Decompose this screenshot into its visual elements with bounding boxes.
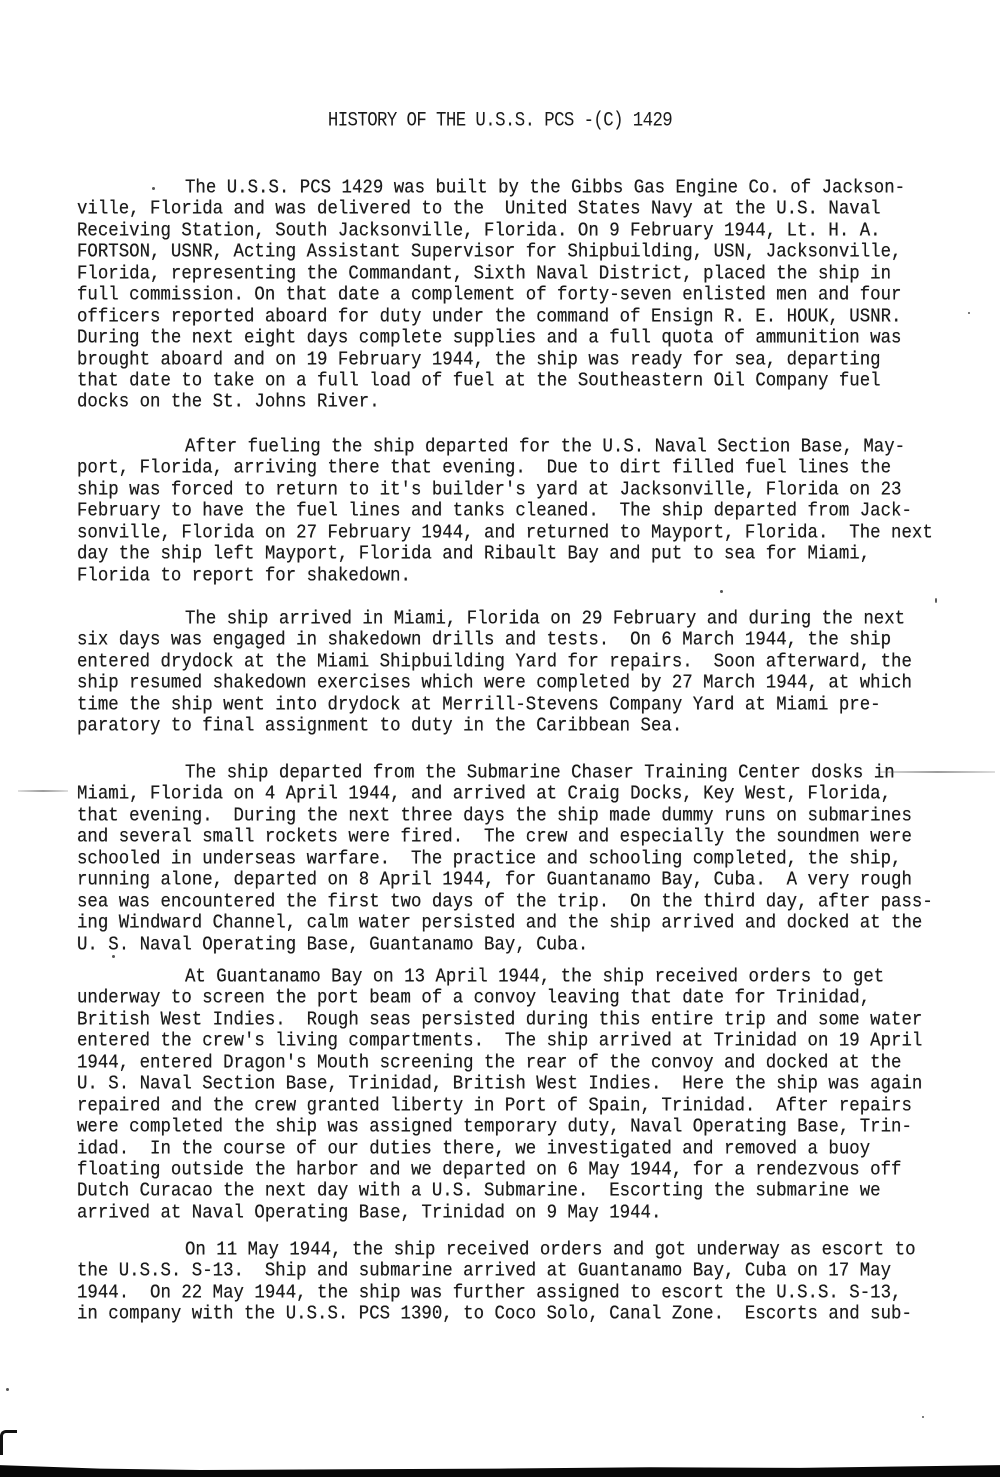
paragraph-escort-s13: On 11 May 1944, the ship received orders…: [77, 1240, 977, 1326]
text-line: running alone, departed on 8 April 1944,…: [77, 869, 977, 893]
text-line: Miami, Florida on 4 April 1944, and arri…: [77, 783, 977, 807]
scan-speck: [720, 590, 723, 593]
text-line: ville, Florida and was delivered to the …: [77, 198, 977, 222]
text-line: paratory to final assignment to duty in …: [77, 715, 977, 739]
scan-speck: [968, 312, 970, 314]
text-line: the U.S.S. S-13. Ship and submarine arri…: [77, 1260, 977, 1284]
text-line: day the ship left Mayport, Florida and R…: [77, 543, 977, 567]
text-line: ship resumed shakedown exercises which w…: [77, 672, 977, 696]
text-line: and several small rockets were fired. Th…: [77, 826, 977, 850]
text-line: Dutch Curacao the next day with a U.S. S…: [77, 1180, 977, 1204]
text-line: were completed the ship was assigned tem…: [77, 1116, 977, 1140]
text-line: arrived at Naval Operating Base, Trinida…: [77, 1202, 977, 1226]
text-line: U. S. Naval Section Base, Trinidad, Brit…: [77, 1073, 977, 1097]
text-line: brought aboard and on 19 February 1944, …: [77, 348, 977, 372]
text-line: entered the crew's living compartments. …: [77, 1030, 977, 1054]
text-line: full commission. On that date a compleme…: [77, 284, 977, 308]
text-line: port, Florida, arriving there that eveni…: [77, 457, 977, 481]
scan-speck: [935, 598, 937, 603]
paragraph-trinidad: At Guantanamo Bay on 13 April 1944, the …: [77, 967, 977, 1224]
scan-smudge: [18, 790, 68, 792]
scan-speck: [112, 955, 115, 958]
scan-bottom-edge: [0, 1463, 1000, 1477]
paragraph-fueling: After fueling the ship departed for the …: [77, 437, 977, 587]
text-line: in company with the U.S.S. PCS 1390, to …: [77, 1303, 977, 1327]
scan-smudge: [880, 771, 995, 773]
text-line: ing Windward Channel, calm water persist…: [77, 912, 977, 936]
paragraph-shakedown: The ship arrived in Miami, Florida on 29…: [77, 609, 977, 738]
paragraph-commissioning: The U.S.S. PCS 1429 was built by the Gib…: [77, 178, 977, 414]
scan-speck: [152, 187, 155, 190]
text-line: idad. In the course of our duties there,…: [77, 1137, 977, 1161]
scan-edge-mark: [0, 1430, 17, 1455]
text-line: underway to screen the port beam of a co…: [77, 987, 977, 1011]
text-line: Florida to report for shakedown.: [77, 564, 977, 588]
scan-speck: [922, 1416, 924, 1418]
text-line: During the next eight days complete supp…: [77, 327, 977, 351]
text-line: FORTSON, USNR, Acting Assistant Supervis…: [77, 241, 977, 265]
text-line: U. S. Naval Operating Base, Guantanamo B…: [77, 933, 977, 957]
text-line: six days was engaged in shakedown drills…: [77, 629, 977, 653]
document-title: HISTORY OF THE U.S.S. PCS -(C) 1429: [0, 110, 1000, 132]
document-page: HISTORY OF THE U.S.S. PCS -(C) 1429 The …: [0, 0, 1000, 1477]
text-line: docks on the St. Johns River.: [77, 391, 977, 415]
scan-speck: [6, 1388, 9, 1391]
paragraph-key-west: The ship departed from the Submarine Cha…: [77, 763, 977, 956]
text-line: February to have the fuel lines and tank…: [77, 500, 977, 524]
